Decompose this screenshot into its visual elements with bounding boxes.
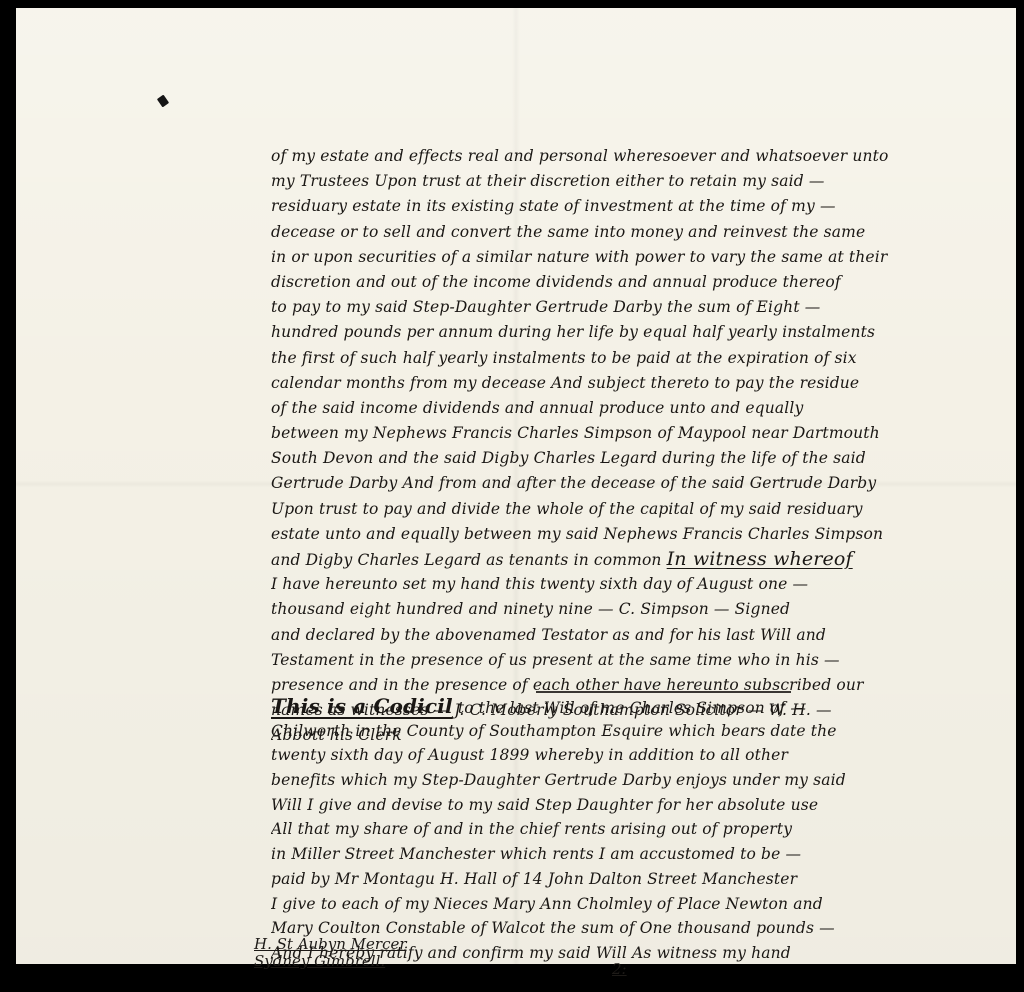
text-line: in Miller Street Manchester which rents … [271, 842, 1024, 867]
text-line: discretion and out of the income dividen… [271, 270, 1024, 295]
text-line: decease or to sell and convert the same … [271, 220, 1024, 245]
text-line: the first of such half yearly instalment… [271, 346, 1024, 371]
document-page: of my estate and effects real and person… [16, 8, 1016, 964]
text-line: I give to each of my Nieces Mary Ann Cho… [271, 892, 1024, 917]
text-line: Testament in the presence of us present … [271, 648, 1024, 673]
witness-signature: Sydney Gimbrell. [254, 953, 407, 970]
text-line: I have hereunto set my hand this twenty … [271, 572, 1024, 597]
text-line: of the said income dividends and annual … [271, 396, 1024, 421]
text-line: hundred pounds per annum during her life… [271, 320, 1024, 345]
ink-blot [157, 95, 169, 108]
text-line: thousand eight hundred and ninety nine —… [271, 597, 1024, 622]
text-line-with-attestation: and Digby Charles Legard as tenants in c… [271, 547, 1024, 572]
section-divider [536, 691, 791, 693]
text-line: paid by Mr Montagu H. Hall of 14 John Da… [271, 867, 1024, 892]
text-line: Gertrude Darby And from and after the de… [271, 471, 1024, 496]
witness-signature: H. St Aubyn Mercer [254, 936, 407, 953]
text-line: calendar months from my decease And subj… [271, 371, 1024, 396]
will-text: of my estate and effects real and person… [271, 144, 1024, 749]
page-number: 2: [612, 960, 627, 978]
codicil-heading: This is a Codicil [271, 694, 453, 718]
text-line: Chilworth in the County of Southampton E… [271, 719, 1024, 744]
text-line: of my estate and effects real and person… [271, 144, 1024, 169]
codicil-heading-line: This is a Codicil to the last Will of me… [271, 694, 1024, 719]
text-line: between my Nephews Francis Charles Simps… [271, 421, 1024, 446]
text-line: estate unto and equally between my said … [271, 522, 1024, 547]
attestation-phrase: In witness whereof [667, 548, 853, 570]
text-fragment: to the last Will of me Charles Simpson o… [458, 699, 806, 717]
text-line: and declared by the abovenamed Testator … [271, 623, 1024, 648]
text-line: to pay to my said Step-Daughter Gertrude… [271, 295, 1024, 320]
text-fragment: and Digby Charles Legard as tenants in c… [271, 551, 662, 569]
text-line: benefits which my Step-Daughter Gertrude… [271, 768, 1024, 793]
text-line: Upon trust to pay and divide the whole o… [271, 497, 1024, 522]
witness-signatures: H. St Aubyn Mercer Sydney Gimbrell. [254, 936, 407, 970]
text-line: my Trustees Upon trust at their discreti… [271, 169, 1024, 194]
text-line: in or upon securities of a similar natur… [271, 245, 1024, 270]
text-line: twenty sixth day of August 1899 whereby … [271, 743, 1024, 768]
text-line: South Devon and the said Digby Charles L… [271, 446, 1024, 471]
text-line: Will I give and devise to my said Step D… [271, 793, 1024, 818]
codicil-text: This is a Codicil to the last Will of me… [271, 694, 1024, 966]
text-line: All that my share of and in the chief re… [271, 817, 1024, 842]
text-line: residuary estate in its existing state o… [271, 194, 1024, 219]
